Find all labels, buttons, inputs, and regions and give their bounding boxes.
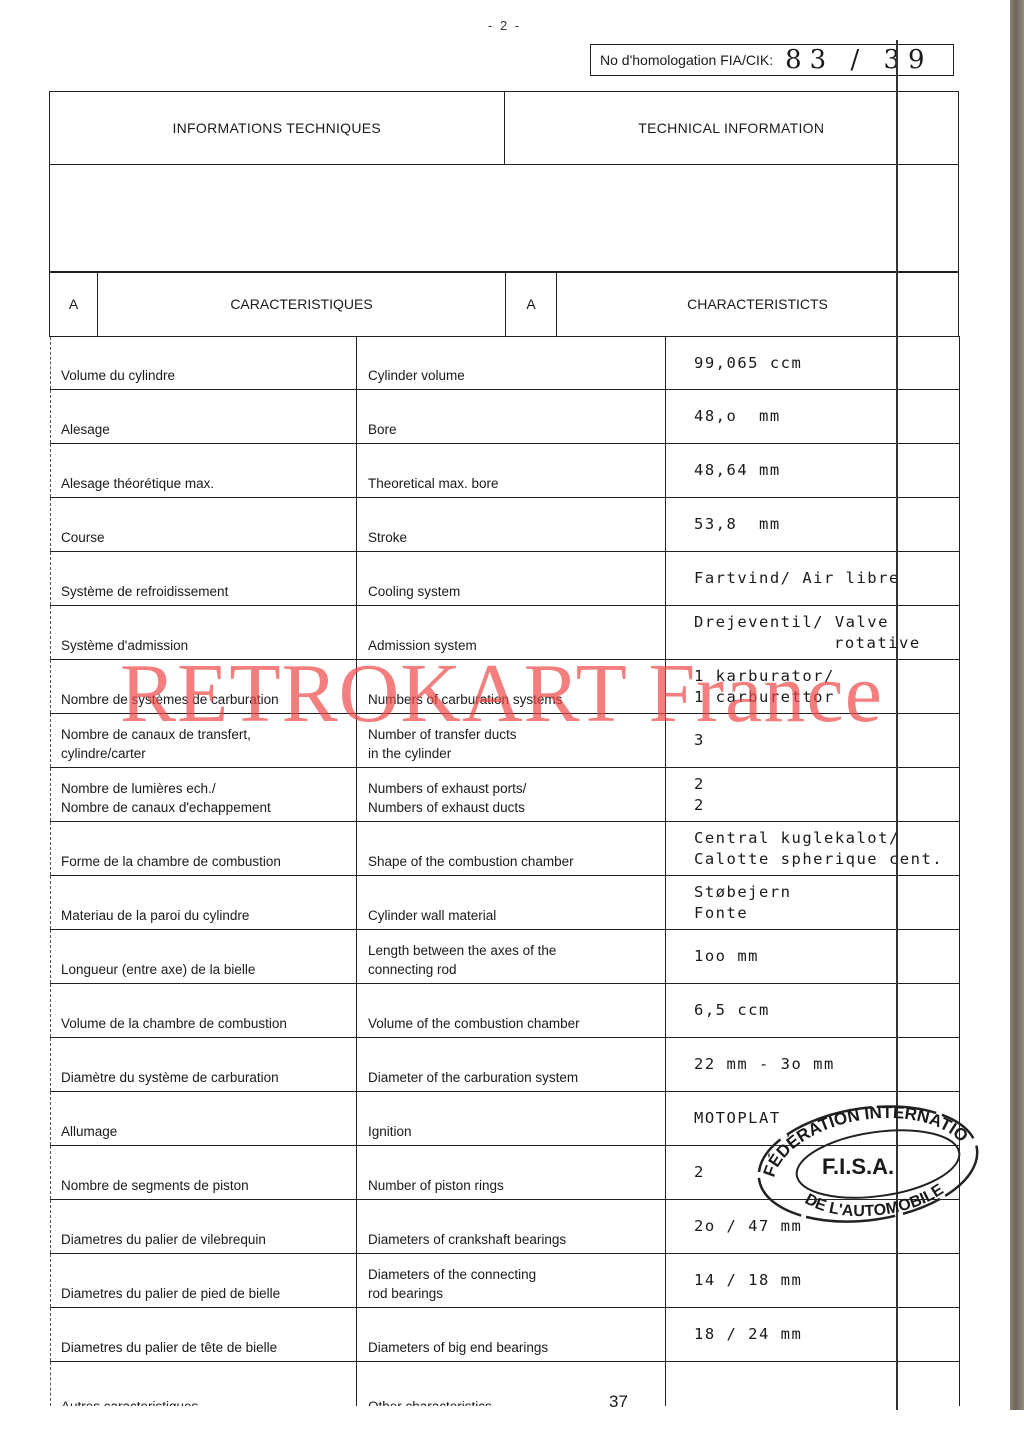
label-fr: Système de refroidissement [50,552,357,605]
label-fr: Nombre de systèmes de carburation [50,660,357,713]
label-en: Ignition [357,1092,666,1145]
table-row: AlesageBore48,o mm [50,390,960,444]
label-en-line: Cooling system [368,582,665,601]
svg-text:DE L'AUTOMOBILE: DE L'AUTOMOBILE [802,1181,947,1220]
label-fr-line: Volume du cylindre [61,366,356,385]
value-cell: 22 mm - 3o mm [666,1038,960,1091]
label-fr: Nombre de canaux de transfert,cylindre/c… [50,714,357,767]
label-fr-line: Diametres du palier de vilebrequin [61,1230,356,1249]
label-en: Diameter of the carburation system [357,1038,666,1091]
table-row: Nombre de systèmes de carburationNumbers… [50,660,960,714]
homologation-label: No d'homologation FIA/CIK: [600,52,773,68]
value-cell-line: 6,5 ccm [694,1000,959,1021]
svg-text:F.I.S.A.: F.I.S.A. [822,1154,894,1179]
label-fr: Longueur (entre axe) de la bielle [50,930,357,983]
value-cell: Central kuglekalot/Calotte spherique cen… [666,822,960,875]
label-fr-line: Alesage [61,420,356,439]
label-en-line: Diameters of big end bearings [368,1338,665,1357]
value-cell-line: 3 [694,730,959,751]
value-cell-line: Calotte spherique cent. [694,849,959,870]
value-cell-line: 99,065 ccm [694,353,959,374]
value-cell: 3 [666,714,960,767]
label-en-line: Admission system [368,636,665,655]
label-en: Length between the axes of theconnecting… [357,930,666,983]
table-row: Diametres du palier de pied de bielleDia… [50,1254,960,1308]
label-fr-line: Nombre de lumières ech./ [61,779,356,798]
label-en: Diameters of big end bearings [357,1308,666,1361]
value-cell-line: 1 carburettor [694,687,959,708]
label-en: Numbers of exhaust ports/Numbers of exha… [357,768,666,821]
label-en: Number of transfer ductsin the cylinder [357,714,666,767]
label-en-line: Cylinder wall material [368,906,665,925]
label-en-line: Stroke [368,528,665,547]
page-number: 37 [609,1392,628,1412]
value-cell: 22 [666,768,960,821]
label-fr-line: Système de refroidissement [61,582,356,601]
label-en: Cylinder volume [357,337,666,389]
value-cell: 6,5 ccm [666,984,960,1037]
label-en-line: Ignition [368,1122,665,1141]
label-en-line: Numbers of carburation systems [368,690,665,709]
value-cell-line: rotative [694,633,959,654]
label-en: Number of piston rings [357,1146,666,1199]
label-fr-line: Longueur (entre axe) de la bielle [61,960,356,979]
label-en: Shape of the combustion chamber [357,822,666,875]
label-fr-line: Diametres du palier de tête de bielle [61,1338,356,1357]
label-fr-line: Materiau de la paroi du cylindre [61,906,356,925]
homologation-number: 83 / 39 [785,45,932,75]
blank-area [49,163,959,273]
label-en-line: Numbers of exhaust ducts [368,798,665,817]
label-fr-line: Course [61,528,356,547]
value-cell: Drejeventil/ Valverotative [666,606,960,659]
table-row: Système de refroidissementCooling system… [50,552,960,606]
label-en-line: Diameters of crankshaft bearings [368,1230,665,1249]
label-en: Stroke [357,498,666,551]
value-cell-line: Fonte [694,903,959,924]
label-en: Bore [357,390,666,443]
value-cell: 99,065 ccm [666,337,960,389]
table-row: Volume de la chambre de combustionVolume… [50,984,960,1038]
label-fr-line: Forme de la chambre de combustion [61,852,356,871]
table-row: CourseStroke53,8 mm [50,498,960,552]
table-row: Nombre de canaux de transfert,cylindre/c… [50,714,960,768]
label-en: Cooling system [357,552,666,605]
label-en-line: in the cylinder [368,744,665,763]
value-cell-line: 18 / 24 mm [694,1324,959,1345]
top-page-marker: - 2 - [488,18,521,33]
section-title-right: CHARACTERISTICTS [557,272,958,336]
label-fr-line: Nombre de canaux de transfert, [61,725,356,744]
label-fr-line: Allumage [61,1122,356,1141]
label-fr-line: Nombre de systèmes de carburation [61,690,356,709]
label-fr: Système d'admission [50,606,357,659]
label-fr-line: Autres caracteristiques [61,1397,356,1406]
label-en-line: Volume of the combustion chamber [368,1014,665,1033]
table-row: Diametres du palier de tête de bielleDia… [50,1308,960,1362]
label-en-line: Cylinder volume [368,366,665,385]
label-fr: Nombre de lumières ech./Nombre de canaux… [50,768,357,821]
label-en-line: Bore [368,420,665,439]
table-row: Volume du cylindreCylinder volume99,065 … [50,336,960,390]
label-en: Diameters of the connectingrod bearings [357,1254,666,1307]
label-en-line: connecting rod [368,960,665,979]
value-cell-line: Central kuglekalot/ [694,828,959,849]
label-fr: Volume de la chambre de combustion [50,984,357,1037]
info-header-left: INFORMATIONS TECHNIQUES [50,92,504,164]
label-fr: Alesage théorétique max. [50,444,357,497]
label-en: Numbers of carburation systems [357,660,666,713]
value-cell: 14 / 18 mm [666,1254,960,1307]
label-en-line: Theoretical max. bore [368,474,665,493]
label-fr-line: Nombre de canaux d'echappement [61,798,356,817]
value-cell-line: 22 mm - 3o mm [694,1054,959,1075]
label-fr-line: Système d'admission [61,636,356,655]
value-cell: 1 karburator/1 carburettor [666,660,960,713]
value-cell: 18 / 24 mm [666,1308,960,1361]
table-row: Forme de la chambre de combustionShape o… [50,822,960,876]
table-row: Alesage théorétique max.Theoretical max.… [50,444,960,498]
label-fr: Allumage [50,1092,357,1145]
value-cell-line: 2 [694,795,959,816]
label-en-line: Numbers of exhaust ports/ [368,779,665,798]
label-fr-line: Diametres du palier de pied de bielle [61,1284,356,1303]
value-cell: 53,8 mm [666,498,960,551]
value-cell-line: 2 [694,774,959,795]
homologation-box: No d'homologation FIA/CIK: 83 / 39 [590,44,954,76]
value-cell-line: 1 karburator/ [694,666,959,687]
value-cell-line: Støbejern [694,882,959,903]
scan-edge-shadow [1010,0,1024,1410]
label-fr: Diamètre du système de carburation [50,1038,357,1091]
label-en-line: Number of piston rings [368,1176,665,1195]
table-row: Nombre de lumières ech./Nombre de canaux… [50,768,960,822]
fisa-stamp-icon: FÉDÉRATION INTERNATIONALE DE L'AUTOMOBIL… [752,1098,984,1228]
label-fr: Course [50,498,357,551]
table-row: Système d'admissionAdmission systemDreje… [50,606,960,660]
label-en-line: Shape of the combustion chamber [368,852,665,871]
value-cell-line: 14 / 18 mm [694,1270,959,1291]
section-header: A CARACTERISTIQUES A CHARACTERISTICTS [49,271,959,337]
label-fr-line: Alesage théorétique max. [61,474,356,493]
value-cell-line: Fartvind/ Air libre [694,568,959,589]
label-en: Diameters of crankshaft bearings [357,1200,666,1253]
label-fr: Diametres du palier de tête de bielle [50,1308,357,1361]
table-row: Diamètre du système de carburationDiamet… [50,1038,960,1092]
label-fr: Volume du cylindre [50,337,357,389]
label-fr-line: Diamètre du système de carburation [61,1068,356,1087]
value-cell-line: 53,8 mm [694,514,959,535]
label-fr-line: Nombre de segments de piston [61,1176,356,1195]
table-row: Autres caracteristiquesOther characteris… [50,1362,960,1406]
label-fr-line: Volume de la chambre de combustion [61,1014,356,1033]
label-fr: Forme de la chambre de combustion [50,822,357,875]
value-cell [666,1362,960,1406]
label-fr: Diametres du palier de vilebrequin [50,1200,357,1253]
info-header: INFORMATIONS TECHNIQUES TECHNICAL INFORM… [49,91,959,165]
label-fr: Nombre de segments de piston [50,1146,357,1199]
table-row: Materiau de la paroi du cylindreCylinder… [50,876,960,930]
section-title-left: CARACTERISTIQUES [98,272,506,336]
table-row: Longueur (entre axe) de la bielleLength … [50,930,960,984]
label-fr: Alesage [50,390,357,443]
characteristics-table: Volume du cylindreCylinder volume99,065 … [50,336,960,1406]
label-en-line: Number of transfer ducts [368,725,665,744]
label-fr-line: cylindre/carter [61,744,356,763]
label-en: Admission system [357,606,666,659]
value-cell: 48,64 mm [666,444,960,497]
label-en-line: Diameters of the connecting [368,1265,665,1284]
label-fr: Materiau de la paroi du cylindre [50,876,357,929]
value-cell: 48,o mm [666,390,960,443]
value-cell-line: Drejeventil/ Valve [694,612,959,633]
label-en: Theoretical max. bore [357,444,666,497]
value-cell: Fartvind/ Air libre [666,552,960,605]
label-fr: Autres caracteristiques [50,1362,357,1406]
value-cell-line: 1oo mm [694,946,959,967]
label-en-line: Length between the axes of the [368,941,665,960]
info-header-right: TECHNICAL INFORMATION [504,92,959,164]
label-en: Cylinder wall material [357,876,666,929]
label-en-line: rod bearings [368,1284,665,1303]
value-cell: 1oo mm [666,930,960,983]
value-cell-line: 48,64 mm [694,460,959,481]
section-letter-left: A [50,272,98,336]
section-letter-right: A [506,272,557,336]
value-cell: StøbejernFonte [666,876,960,929]
label-en-line: Diameter of the carburation system [368,1068,665,1087]
value-cell-line: 48,o mm [694,406,959,427]
page-bottom-margin [0,1410,1024,1453]
label-en: Volume of the combustion chamber [357,984,666,1037]
label-fr: Diametres du palier de pied de bielle [50,1254,357,1307]
